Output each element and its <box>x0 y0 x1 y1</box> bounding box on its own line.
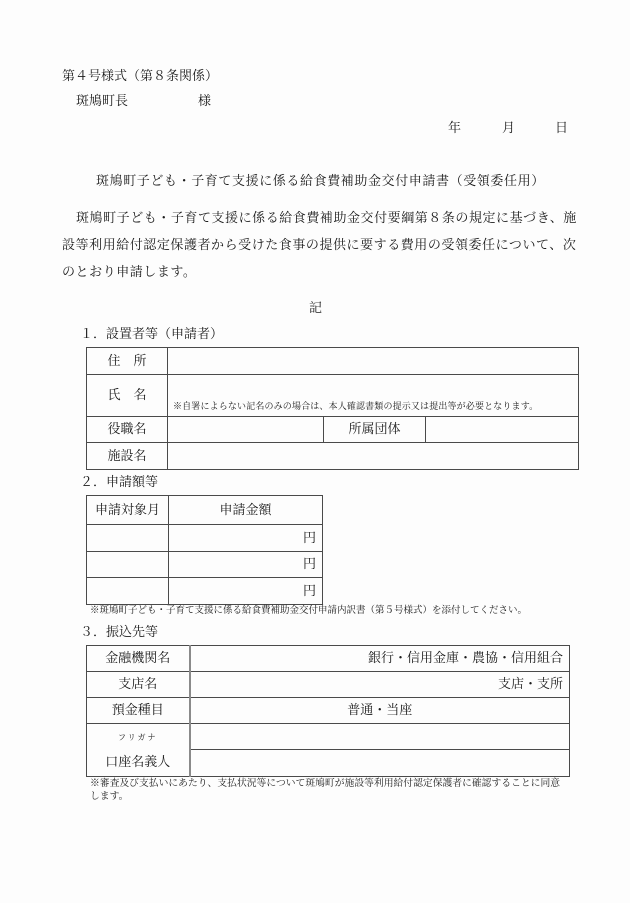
facility-field <box>168 443 579 470</box>
bank-row: 金融機関名 銀行・信用金庫・農協・信用組合 <box>87 646 570 672</box>
column-header-month: 申請対象月 <box>87 496 169 525</box>
furigana-label-cell: フリガナ <box>87 724 190 750</box>
deposit-type-row: 預金種目 普通・当座 <box>87 698 570 724</box>
account-holder-row: 口座名義人 <box>87 750 570 777</box>
addressee-honorific: 様 <box>198 95 211 108</box>
amount-table: 申請対象月 申請金額 円 円 円 <box>86 495 323 605</box>
section2-note: ※斑鳩町子ども・子育て支援に係る給食費補助金交付申請内訳書（第５号様式）を添付し… <box>90 606 527 616</box>
facility-label: 施設名 <box>87 443 168 470</box>
body-line-3: のとおり申請します。 <box>62 266 196 279</box>
section3-heading: ３．振込先等 <box>80 626 158 639</box>
applicant-table: 住 所 氏 名 ※自署によらない記名のみの場合は、本人確認書類の提示又は提出等が… <box>86 347 579 470</box>
account-holder-field <box>190 750 570 777</box>
document-title: 斑鳩町子ども・子育て支援に係る給食費補助金交付申請書（受領委任用） <box>96 175 528 188</box>
name-row: 氏 名 ※自署によらない記名のみの場合は、本人確認書類の提示又は提出等が必要とな… <box>87 375 579 417</box>
amount-field: 円 <box>169 525 323 552</box>
application-form-page: 第４号様式（第８条関係） 斑鳩町長 様 年 月 日 斑鳩町子ども・子育て支援に係… <box>0 0 630 903</box>
address-row: 住 所 <box>87 348 579 375</box>
branch-row: 支店名 支店・支所 <box>87 672 570 698</box>
address-field <box>168 348 579 375</box>
column-header-amount: 申請金額 <box>169 496 323 525</box>
table-row: 円 <box>87 525 323 552</box>
affiliation-field <box>426 417 579 443</box>
account-holder-label: 口座名義人 <box>87 750 190 777</box>
section3-note-line-1: ※審査及び支払いにあたり、支払状況等について斑鳩町が施設等利用給付認定保護者に確… <box>90 779 560 789</box>
deposit-type-label: 預金種目 <box>87 698 190 724</box>
month-field <box>87 578 169 605</box>
table-row: 円 <box>87 552 323 578</box>
section1-heading: １．設置者等（申請者） <box>80 328 223 341</box>
bank-label: 金融機関名 <box>87 646 190 672</box>
name-label: 氏 名 <box>87 375 168 417</box>
bank-account-table: 金融機関名 銀行・信用金庫・農協・信用組合 支店名 支店・支所 預金種目 普通・… <box>86 645 570 777</box>
name-field: ※自署によらない記名のみの場合は、本人確認書類の提示又は提出等が必要となります。 <box>168 375 579 417</box>
branch-label: 支店名 <box>87 672 190 698</box>
date-day-label: 日 <box>555 122 568 135</box>
furigana-row: フリガナ <box>87 724 570 750</box>
affiliation-label: 所属団体 <box>324 417 426 443</box>
form-number: 第４号様式（第８条関係） <box>62 70 218 83</box>
month-field <box>87 525 169 552</box>
addressee-name: 斑鳩町長 <box>76 95 128 108</box>
address-label: 住 所 <box>87 348 168 375</box>
section2-heading: ２．申請額等 <box>80 476 158 489</box>
amount-field: 円 <box>169 578 323 605</box>
amount-header-row: 申請対象月 申請金額 <box>87 496 323 525</box>
body-line-1: 斑鳩町子ども・子育て支援に係る給食費補助金交付要綱第８条の規定に基づき、施 <box>76 212 568 225</box>
position-row: 役職名 所属団体 <box>87 417 579 443</box>
branch-field: 支店・支所 <box>190 672 570 698</box>
position-field <box>168 417 324 443</box>
date-month-label: 月 <box>502 122 515 135</box>
section3-note-line-2: します。 <box>90 792 128 802</box>
date-year-label: 年 <box>448 122 461 135</box>
month-field <box>87 552 169 578</box>
furigana-field <box>190 724 570 750</box>
body-line-2: 設等利用給付認定保護者から受けた食事の提供に要する費用の受領委任について、次 <box>62 239 568 252</box>
bank-field: 銀行・信用金庫・農協・信用組合 <box>190 646 570 672</box>
table-row: 円 <box>87 578 323 605</box>
position-label: 役職名 <box>87 417 168 443</box>
deposit-type-field: 普通・当座 <box>190 698 570 724</box>
facility-row: 施設名 <box>87 443 579 470</box>
furigana-label: フリガナ <box>118 733 158 742</box>
ki-marker: 記 <box>309 302 322 315</box>
amount-field: 円 <box>169 552 323 578</box>
name-note: ※自署によらない記名のみの場合は、本人確認書類の提示又は提出等が必要となります。 <box>173 402 538 412</box>
